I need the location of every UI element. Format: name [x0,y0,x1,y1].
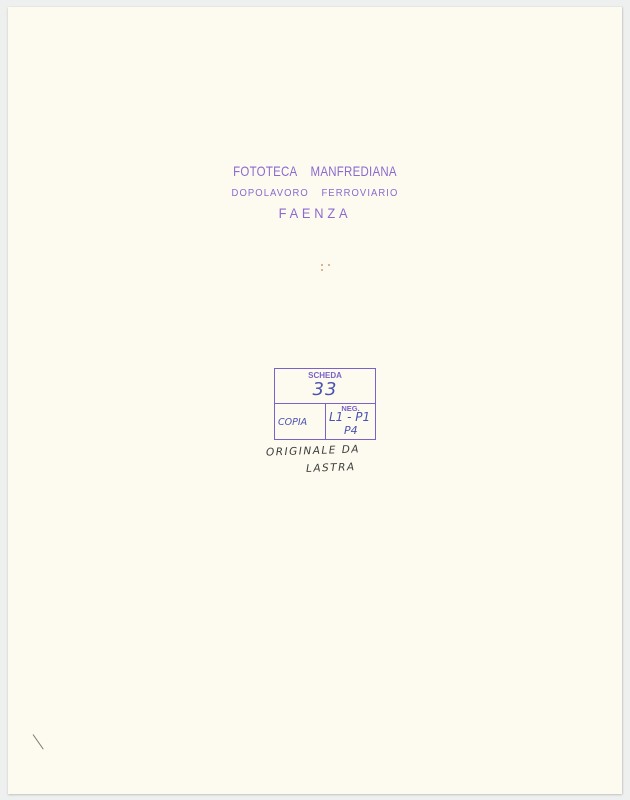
copia-text: COPIA [278,417,307,428]
stamp-word-dopolavoro: DOPOLAVORO [232,187,309,199]
stamp-word-manfrediana: MANFREDIANA [311,163,397,179]
stamp-line-dopolavoro-ferroviario: DOPOLAVOROFERROVIARIO [32,187,599,199]
handwritten-note-line2: LASTRA [306,461,356,475]
scheda-number: 33 [275,379,375,400]
stamp-word-fototeca: FOTOTECA [233,163,297,179]
neg-value-line1: L1 - P1 [329,410,370,424]
scheda-section: SCHEDA 33 [275,369,375,404]
neg-value-line2: P4 [344,424,358,437]
stamp-line-fototeca-manfrediana: FOTOTECAMANFREDIANA [57,163,574,179]
scheda-stamp-box: SCHEDA 33 COPIA NEG. L1 - P1 P4 [274,368,376,440]
stamp-line-faenza: FAENZA [16,206,615,221]
stamp-word-ferroviario: FERROVIARIO [321,187,398,199]
neg-section: NEG. L1 - P1 P4 [326,404,375,439]
copia-section: COPIA [275,404,326,439]
ink-specks [321,264,335,272]
